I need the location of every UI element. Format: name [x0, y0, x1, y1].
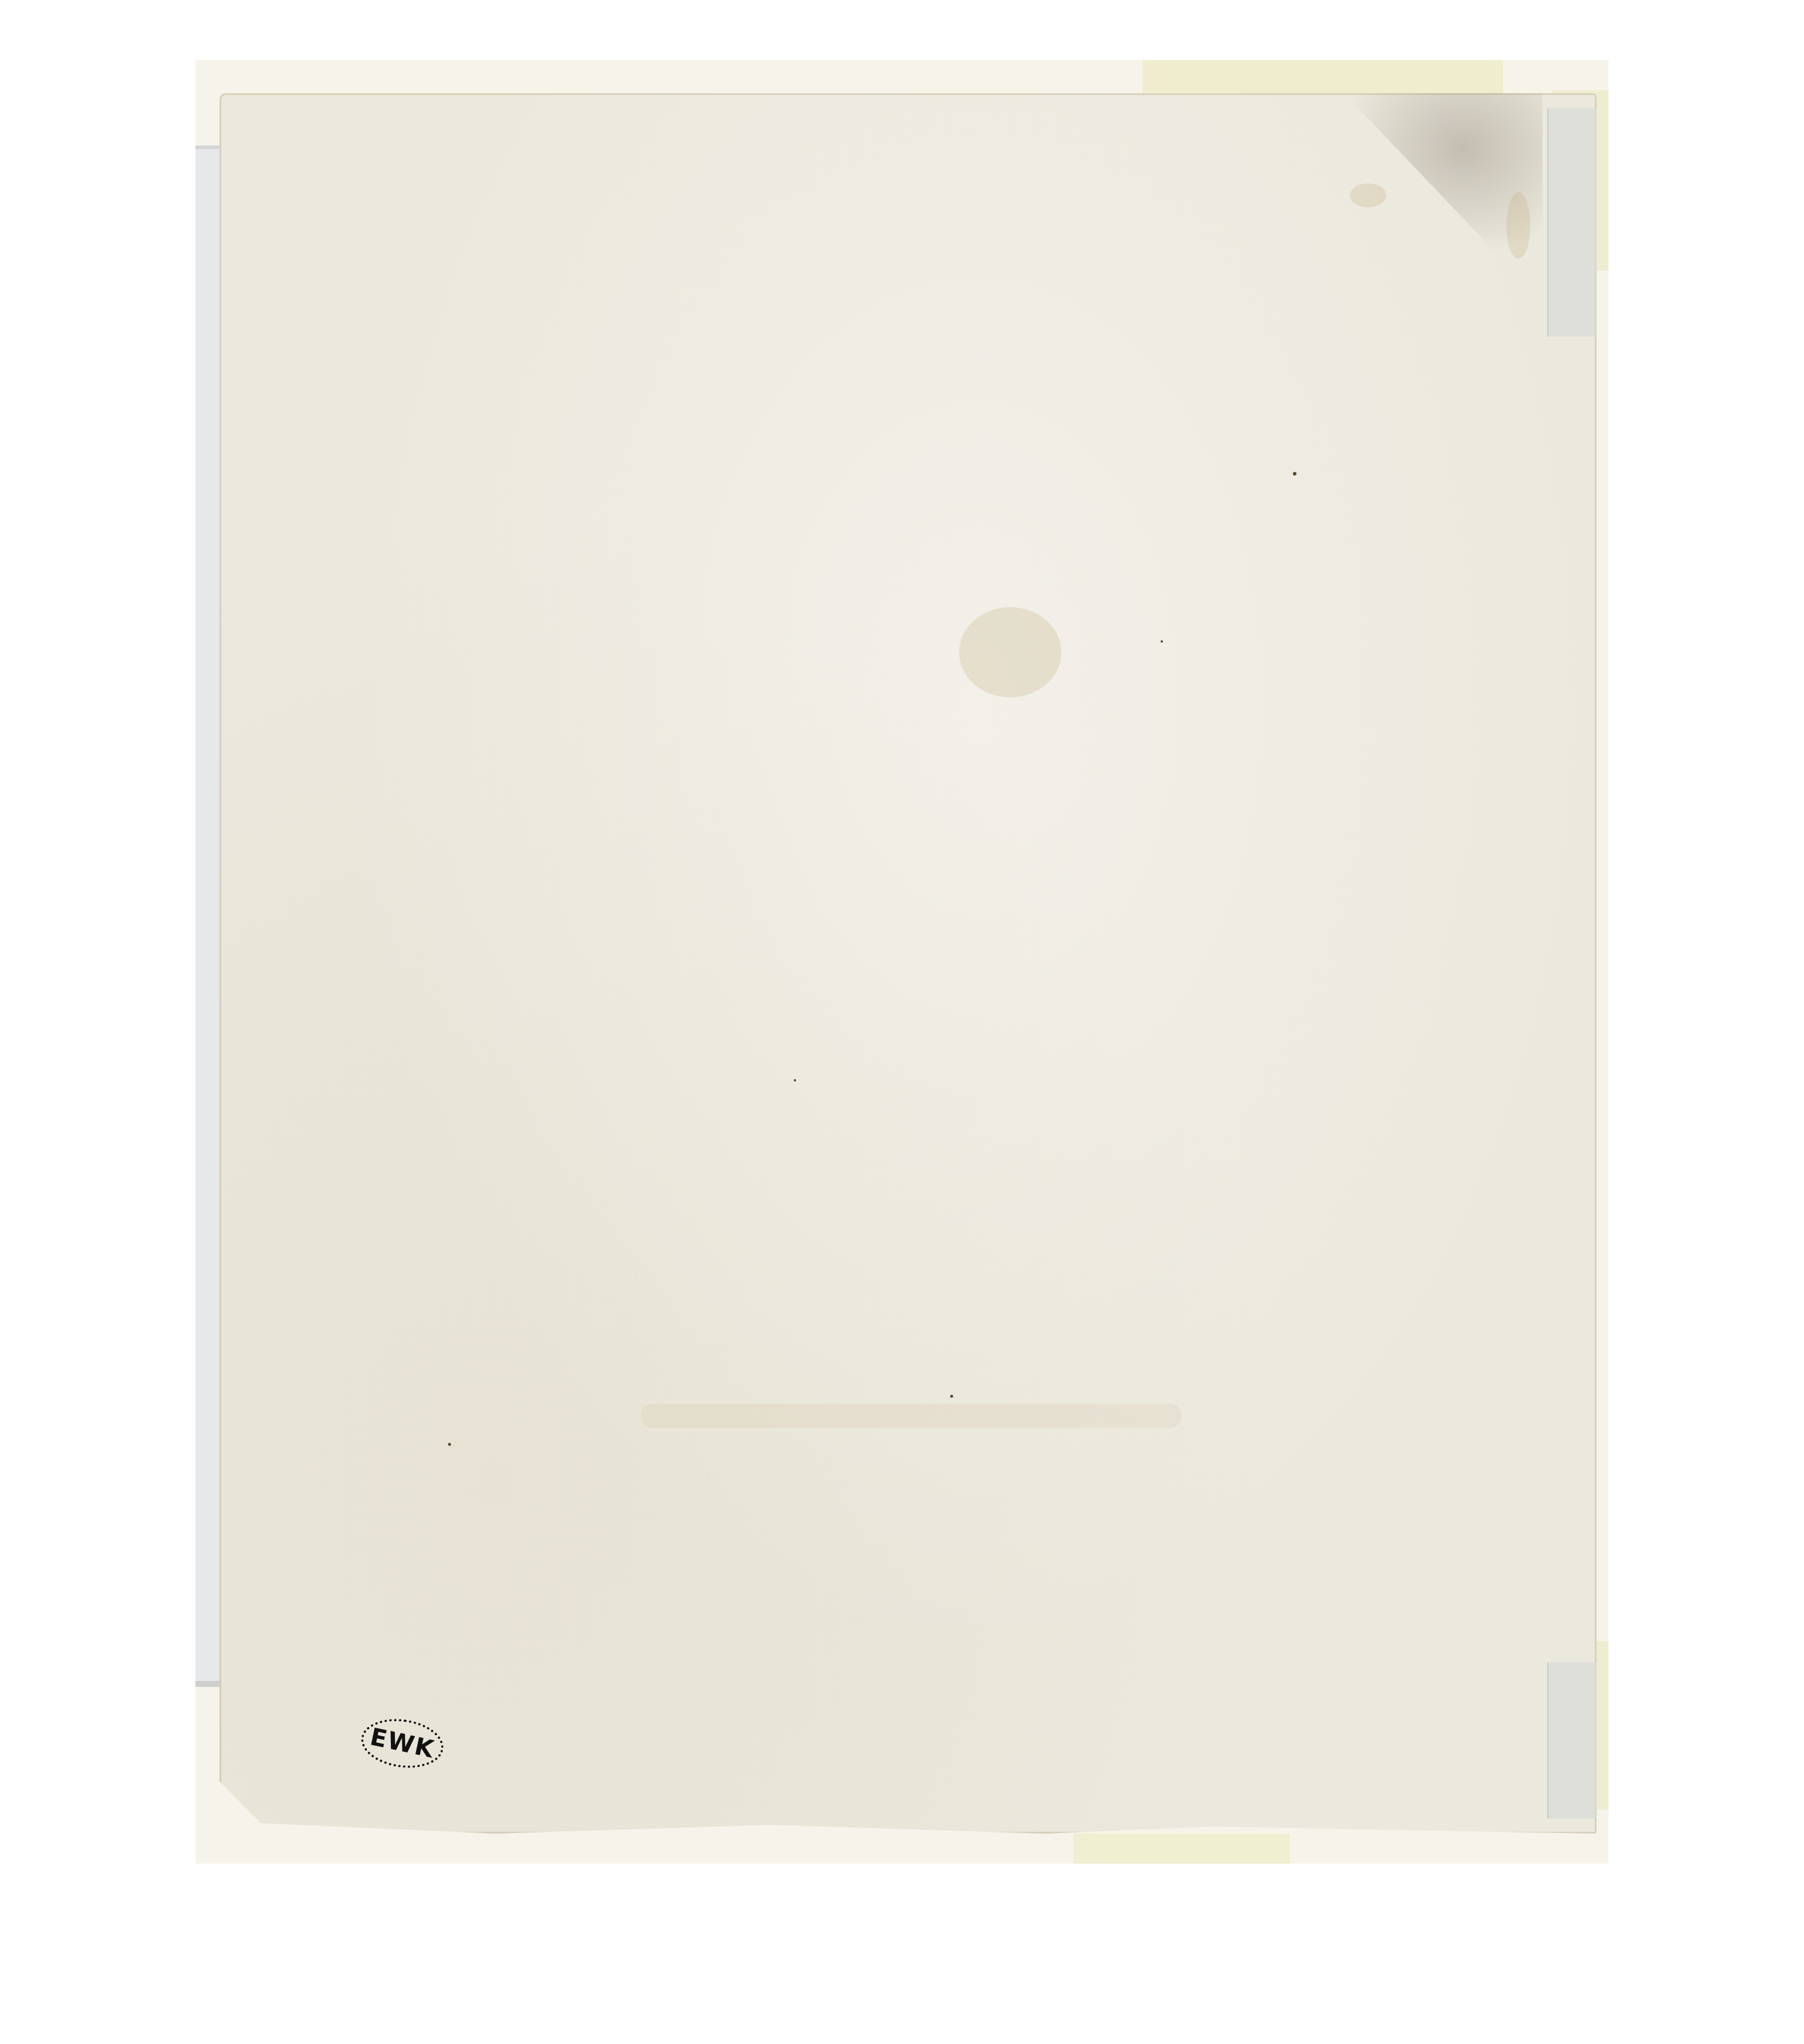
- stain-band: [640, 1404, 1182, 1428]
- speck: [1293, 472, 1296, 476]
- speck: [448, 1443, 451, 1446]
- foxing-spot: [1506, 192, 1530, 259]
- stamp-text: EWK: [367, 1723, 437, 1764]
- foxing-spot: [1350, 183, 1386, 207]
- paper-hinge-bottom: [1547, 1662, 1597, 1819]
- paper-sheet: EWK: [219, 93, 1597, 1834]
- hinge-tape-bottom: [1073, 1834, 1290, 1864]
- speck: [794, 1079, 796, 1082]
- speck: [950, 1395, 953, 1398]
- paper-hinge-top: [1547, 108, 1597, 337]
- collector-stamp: EWK: [358, 1714, 447, 1773]
- speck: [1161, 640, 1163, 643]
- foxing-spot: [959, 607, 1061, 697]
